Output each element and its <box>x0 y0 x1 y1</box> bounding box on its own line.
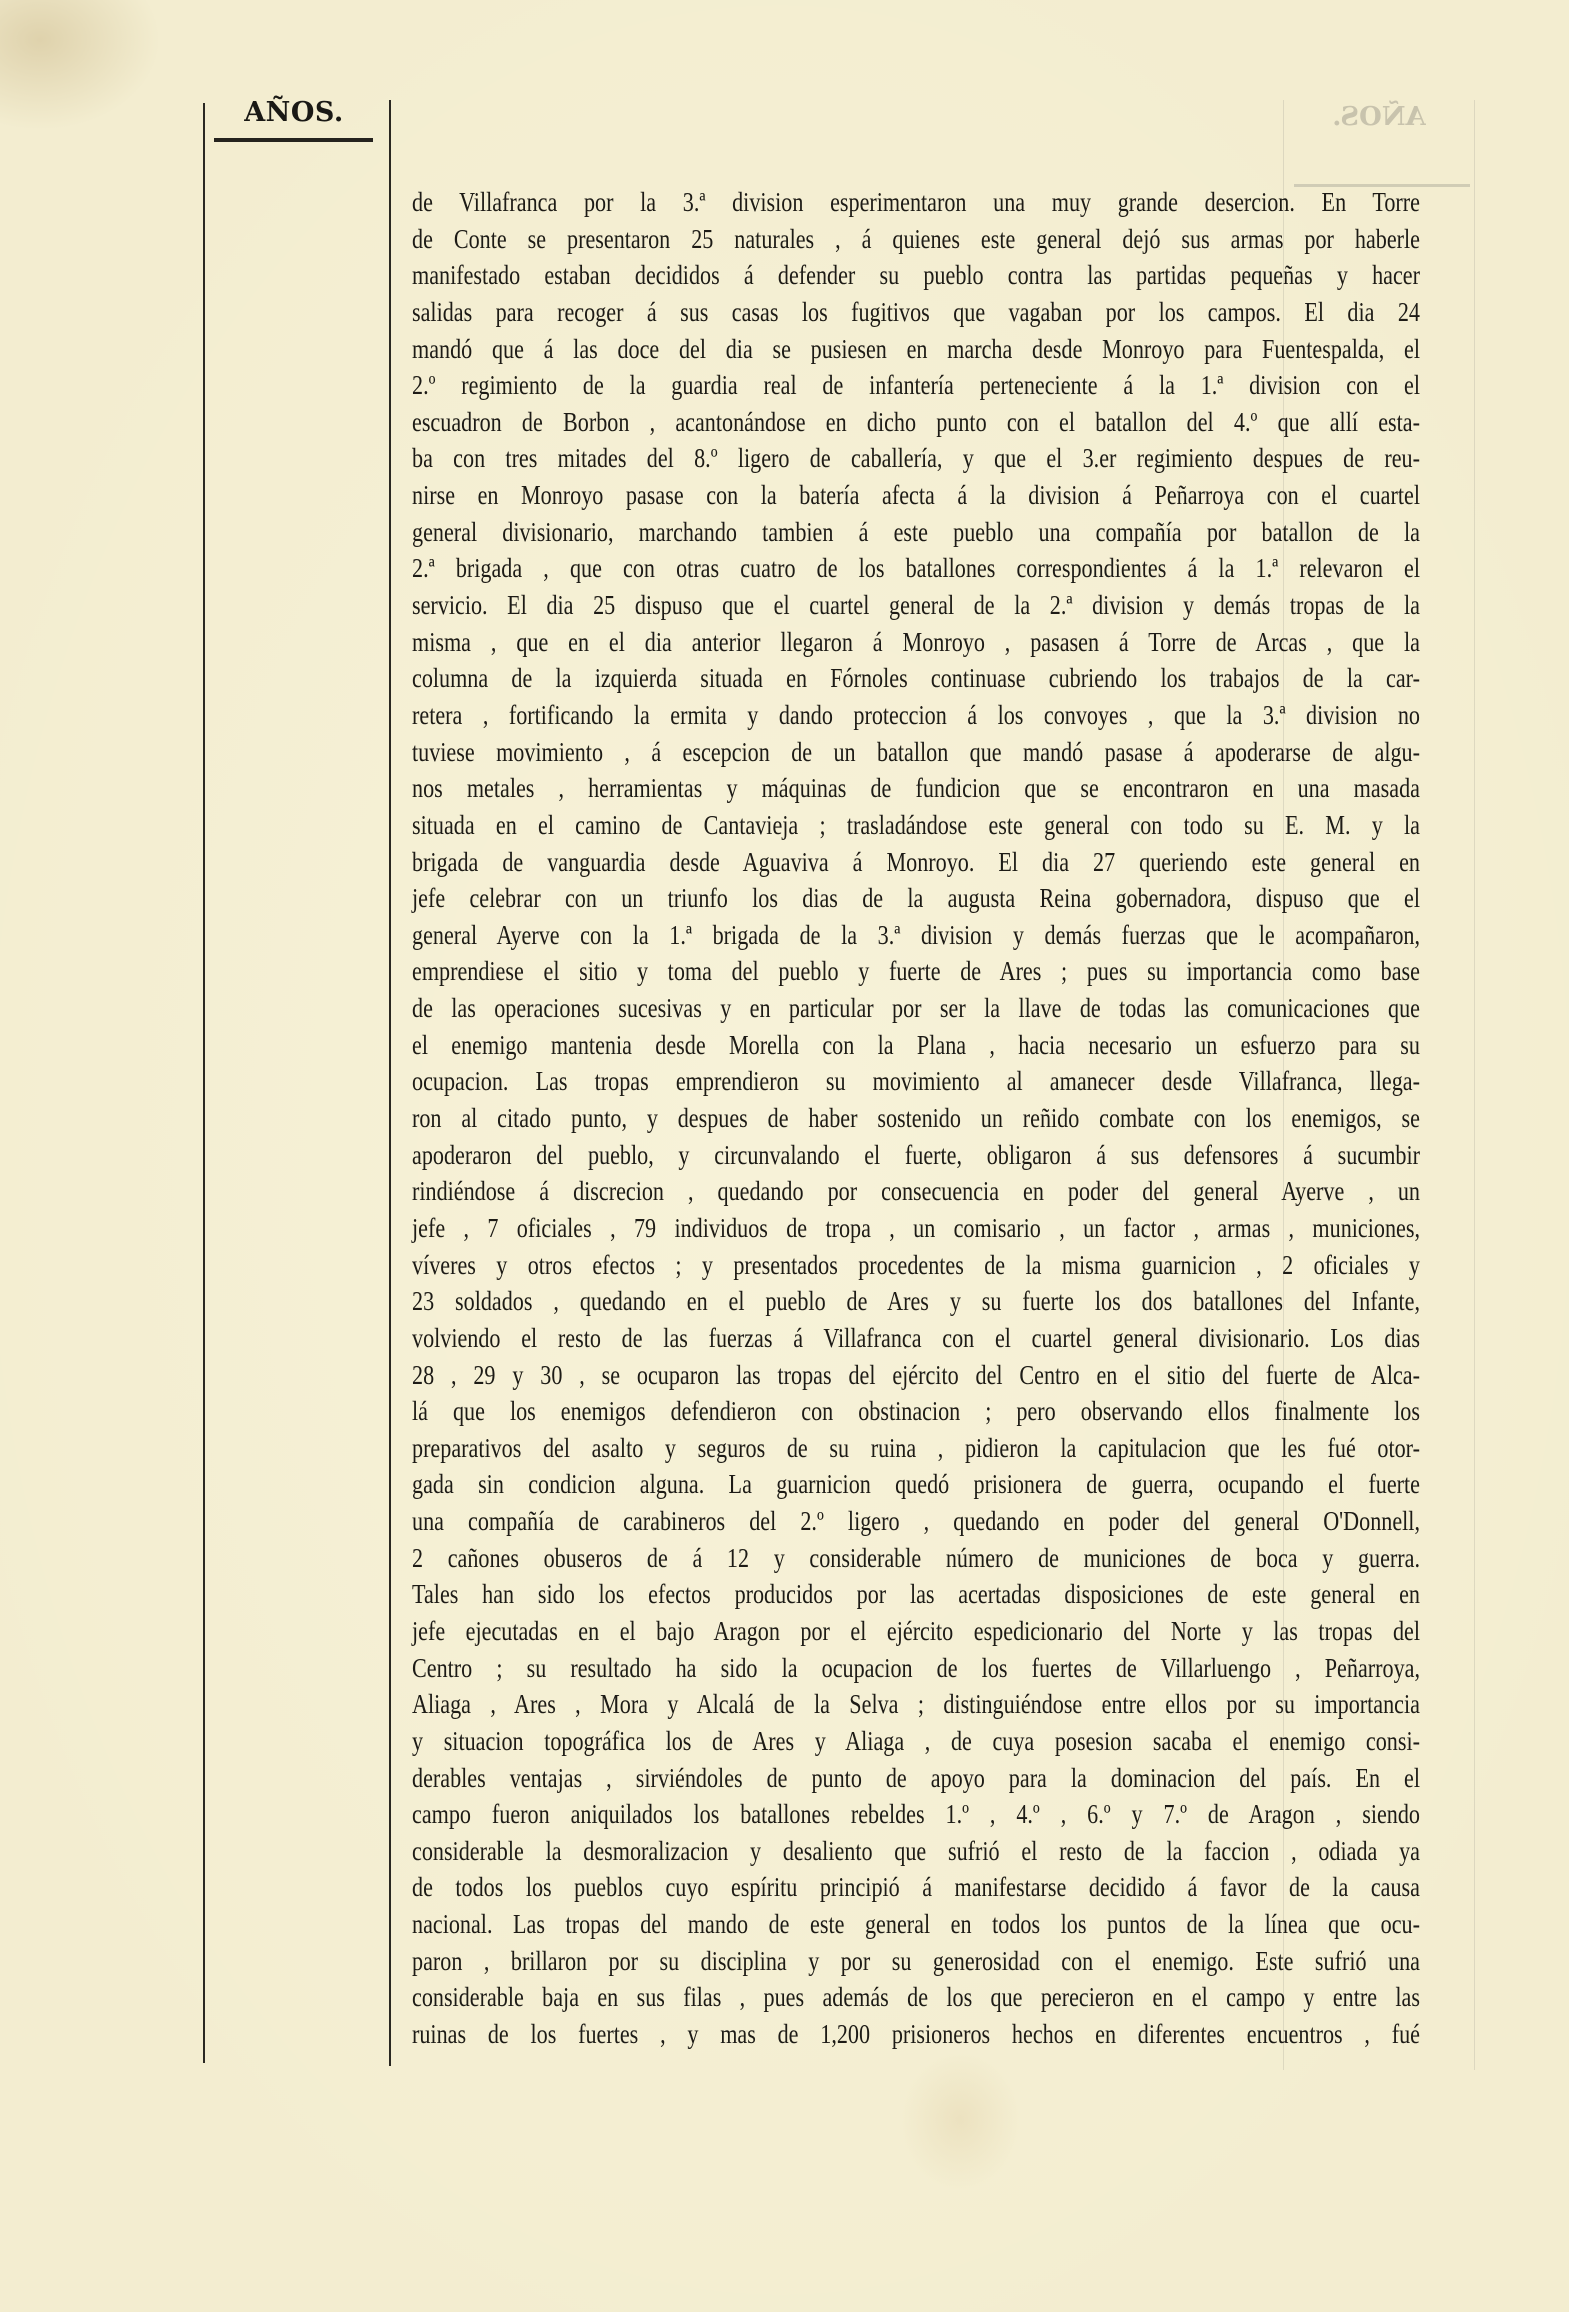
text-line: preparativos del asalto y seguros de su … <box>412 1430 1420 1467</box>
body-column: de Villafranca por la 3.ª division esper… <box>412 184 1420 2064</box>
text-line: de las operaciones sucesivas y en partic… <box>412 990 1420 1027</box>
text-line: nirse en Monroyo pasase con la batería a… <box>412 477 1420 514</box>
text-line: Aliaga , Ares , Mora y Alcalá de la Selv… <box>412 1686 1420 1723</box>
text-line: Tales han sido los efectos producidos po… <box>412 1576 1420 1613</box>
body-paragraph: de Villafranca por la 3.ª division esper… <box>412 184 1420 2053</box>
text-line: 2 cañones obuseros de á 12 y considerabl… <box>412 1540 1420 1577</box>
text-line: ba con tres mitades del 8.º ligero de ca… <box>412 440 1420 477</box>
margin-rule-right <box>389 100 391 2066</box>
text-line: gada sin condicion alguna. La guarnicion… <box>412 1466 1420 1503</box>
text-line: servicio. El dia 25 dispuso que el cuart… <box>412 587 1420 624</box>
margin-rule-left <box>203 103 205 2063</box>
text-line: volviendo el resto de las fuerzas á Vill… <box>412 1320 1420 1357</box>
text-line: situada en el camino de Cantavieja ; tra… <box>412 807 1420 844</box>
text-line: campo fueron aniquilados los batallones … <box>412 1796 1420 1833</box>
text-line: Centro ; su resultado ha sido la ocupaci… <box>412 1650 1420 1687</box>
text-line: ron al citado punto, y despues de haber … <box>412 1100 1420 1137</box>
text-line: de Conte se presentaron 25 naturales , á… <box>412 221 1420 258</box>
text-line: general divisionario, marchando tambien … <box>412 514 1420 551</box>
text-line: una compañía de carabineros del 2.º lige… <box>412 1503 1420 1540</box>
text-line: 2.º regimiento de la guardia real de inf… <box>412 367 1420 404</box>
text-line: columna de la izquierda situada en Fórno… <box>412 660 1420 697</box>
text-line: salidas para recoger á sus casas los fug… <box>412 294 1420 331</box>
text-line: ruinas de los fuertes , y mas de 1,200 p… <box>412 2016 1420 2053</box>
text-line: 23 soldados , quedando en el pueblo de A… <box>412 1283 1420 1320</box>
text-line: jefe , 7 oficiales , 79 individuos de tr… <box>412 1210 1420 1247</box>
text-line: nacional. Las tropas del mando de este g… <box>412 1906 1420 1943</box>
text-line: rindiéndose á discrecion , quedando por … <box>412 1173 1420 1210</box>
text-line: retera , fortificando la ermita y dando … <box>412 697 1420 734</box>
text-line: considerable la desmoralizacion y desali… <box>412 1833 1420 1870</box>
margin-header-anos: AÑOS. <box>214 96 374 130</box>
text-line: derables ventajas , sirviéndoles de punt… <box>412 1760 1420 1797</box>
text-line: lá que los enemigos defendieron con obst… <box>412 1393 1420 1430</box>
text-line: jefe celebrar con un triunfo los dias de… <box>412 880 1420 917</box>
ghost-header: AÑOS. <box>1284 100 1474 134</box>
text-line: de todos los pueblos cuyo espíritu princ… <box>412 1869 1420 1906</box>
text-line: jefe ejecutadas en el bajo Aragon por el… <box>412 1613 1420 1650</box>
text-line: considerable baja en sus filas , pues ad… <box>412 1979 1420 2016</box>
text-line: emprendiese el sitio y toma del pueblo y… <box>412 953 1420 990</box>
text-line: escuadron de Borbon , acantonándose en d… <box>412 404 1420 441</box>
text-line: 28 , 29 y 30 , se ocuparon las tropas de… <box>412 1357 1420 1394</box>
text-line: y situacion topográfica los de Ares y Al… <box>412 1723 1420 1760</box>
text-line: nos metales , herramientas y máquinas de… <box>412 770 1420 807</box>
text-line: manifestado estaban decididos á defender… <box>412 257 1420 294</box>
text-line: ocupacion. Las tropas emprendieron su mo… <box>412 1063 1420 1100</box>
text-line: 2.ª brigada , que con otras cuatro de lo… <box>412 550 1420 587</box>
margin-header-underline <box>214 138 373 142</box>
text-line: apoderaron del pueblo, y circunvalando e… <box>412 1137 1420 1174</box>
text-line: paron , brillaron por su disciplina y po… <box>412 1943 1420 1980</box>
text-line: de Villafranca por la 3.ª division esper… <box>412 184 1420 221</box>
text-line: tuviese movimiento , á escepcion de un b… <box>412 734 1420 771</box>
text-line: misma , que en el dia anterior llegaron … <box>412 624 1420 661</box>
text-line: general Ayerve con la 1.ª brigada de la … <box>412 917 1420 954</box>
text-line: el enemigo mantenia desde Morella con la… <box>412 1027 1420 1064</box>
text-line: brigada de vanguardia desde Aguaviva á M… <box>412 844 1420 881</box>
text-line: víveres y otros efectos ; y presentados … <box>412 1247 1420 1284</box>
text-line: mandó que á las doce del dia se pusiesen… <box>412 331 1420 368</box>
